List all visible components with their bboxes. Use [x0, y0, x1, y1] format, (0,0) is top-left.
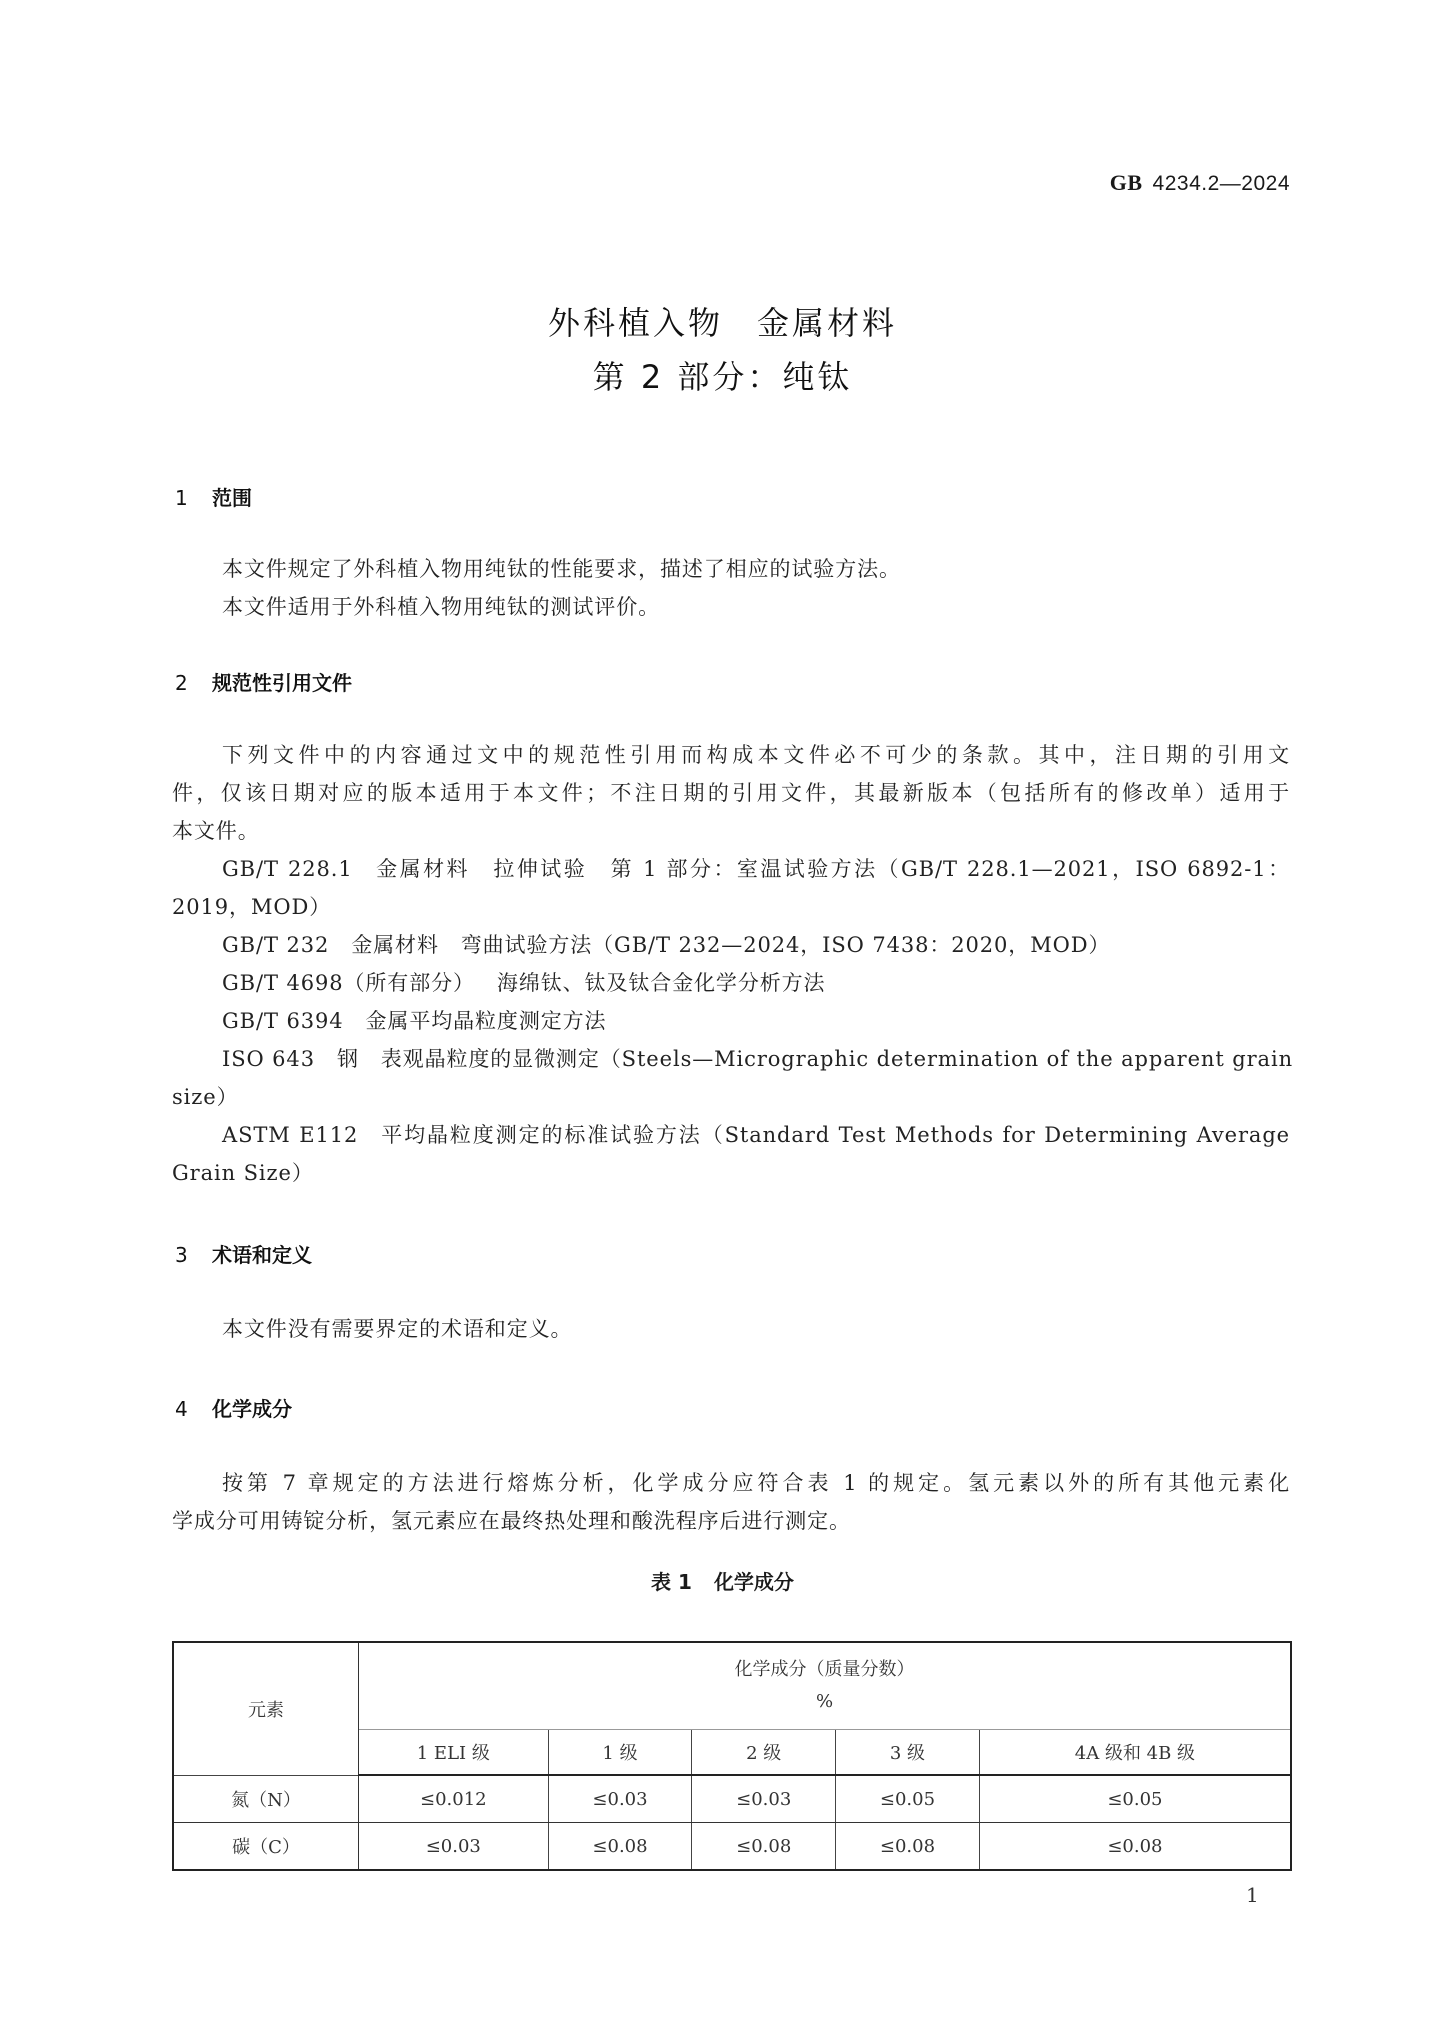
table-row: 氮（N） ≤0.012 ≤0.03 ≤0.03 ≤0.05 ≤0.05: [173, 1775, 1291, 1823]
document-title-line-1: 外科植入物金属材料: [0, 298, 1445, 344]
table-caption: 表 1化学成分: [0, 1566, 1445, 1595]
grade-header: 4A 级和 4B 级: [979, 1730, 1291, 1776]
value-cell: ≤0.05: [836, 1775, 980, 1823]
paragraph-line: 本文件适用于外科植入物用纯钛的测试评价。: [222, 595, 1290, 619]
element-cell: 碳（C）: [173, 1823, 359, 1871]
section-heading-1: 1范围: [175, 482, 252, 511]
reference-code: ASTM E112: [222, 1123, 358, 1147]
standard-code: GB4234.2—2024: [1110, 170, 1290, 196]
paragraph-line: 按第 7 章规定的方法进行熔炼分析，化学成分应符合表 1 的规定。氢元素以外的所…: [222, 1471, 1290, 1495]
section-heading-3: 3术语和定义: [175, 1239, 312, 1268]
grade-header: 1 级: [548, 1730, 692, 1776]
paragraph-line: 件，仅该日期对应的版本适用于本文件；不注日期的引用文件，其最新版本（包括所有的修…: [172, 781, 1290, 805]
value-cell: ≤0.03: [359, 1823, 549, 1871]
title-part-1: 外科植入物: [548, 304, 723, 342]
section-number: 1: [175, 486, 212, 510]
reference-continuation: size）: [172, 1085, 1290, 1109]
reference-title: 海绵钛、钛及钛合金化学分析方法: [497, 971, 826, 995]
section-title: 规范性引用文件: [212, 671, 352, 695]
value-cell: ≤0.03: [548, 1775, 692, 1823]
value-cell: ≤0.08: [836, 1823, 980, 1871]
section-title: 化学成分: [212, 1397, 292, 1421]
table-row: 碳（C） ≤0.03 ≤0.08 ≤0.08 ≤0.08 ≤0.08: [173, 1823, 1291, 1871]
value-cell: ≤0.03: [692, 1775, 836, 1823]
value-cell: ≤0.08: [692, 1823, 836, 1871]
section-number: 2: [175, 671, 212, 695]
title-part-2: 金属材料: [757, 304, 897, 342]
composition-group-header: 化学成分（质量分数） %: [359, 1642, 1292, 1730]
reference-code: GB/T 232: [222, 933, 329, 957]
value-cell: ≤0.08: [979, 1823, 1291, 1871]
reference-item: GB/T 232金属材料 弯曲试验方法（GB/T 232—2024，ISO 74…: [222, 933, 1290, 957]
table-label: 表 1: [651, 1570, 692, 1594]
element-header: 元素: [173, 1642, 359, 1775]
standard-prefix: GB: [1110, 170, 1143, 195]
reference-item: GB/T 228.1金属材料 拉伸试验 第 1 部分：室温试验方法（GB/T 2…: [222, 857, 1290, 881]
reference-title: 金属平均晶粒度测定方法: [366, 1009, 607, 1033]
element-cell: 氮（N）: [173, 1775, 359, 1823]
standard-number: 4234.2—2024: [1153, 172, 1290, 195]
reference-title: 平均晶粒度测定的标准试验方法（Standard Test Methods for…: [380, 1123, 1290, 1147]
paragraph-line: 本文件没有需要界定的术语和定义。: [222, 1317, 1290, 1341]
reference-item: GB/T 6394金属平均晶粒度测定方法: [222, 1009, 1290, 1033]
grade-header: 3 级: [836, 1730, 980, 1776]
paragraph-line: 本文件。: [172, 819, 1290, 843]
section-title: 术语和定义: [212, 1243, 312, 1267]
reference-title: 金属材料 弯曲试验方法（GB/T 232—2024，ISO 7438：2020，…: [351, 933, 1110, 957]
section-number: 3: [175, 1243, 212, 1267]
section-title: 范围: [212, 486, 252, 510]
reference-item: ASTM E112平均晶粒度测定的标准试验方法（Standard Test Me…: [222, 1123, 1290, 1147]
reference-code: GB/T 6394: [222, 1009, 344, 1033]
reference-item: ISO 643钢 表观晶粒度的显微测定（Steels—Micrographic …: [222, 1047, 1290, 1071]
reference-continuation: Grain Size）: [172, 1161, 1290, 1185]
composition-header-label: 化学成分（质量分数）: [359, 1654, 1290, 1686]
paragraph-line: 学成分可用铸锭分析，氢元素应在最终热处理和酸洗程序后进行测定。: [172, 1509, 1290, 1533]
paragraph-line: 本文件规定了外科植入物用纯钛的性能要求，描述了相应的试验方法。: [222, 557, 1290, 581]
section-heading-4: 4化学成分: [175, 1393, 292, 1422]
reference-title: 钢 表观晶粒度的显微测定（Steels—Micrographic determi…: [337, 1047, 1293, 1071]
grade-header: 1 ELI 级: [359, 1730, 549, 1776]
page-number: 1: [1246, 1883, 1259, 1907]
reference-code: ISO 643: [222, 1047, 315, 1071]
document-title-line-2: 第 2 部分：纯钛: [0, 352, 1445, 398]
value-cell: ≤0.05: [979, 1775, 1291, 1823]
reference-continuation: 2019，MOD）: [172, 895, 1290, 919]
section-heading-2: 2规范性引用文件: [175, 667, 352, 696]
reference-item: GB/T 4698（所有部分）海绵钛、钛及钛合金化学分析方法: [222, 971, 1290, 995]
reference-code: GB/T 228.1: [222, 857, 353, 881]
composition-unit: %: [359, 1686, 1290, 1718]
paragraph-line: 下列文件中的内容通过文中的规范性引用而构成本文件必不可少的条款。其中，注日期的引…: [222, 743, 1290, 767]
grade-header: 2 级: [692, 1730, 836, 1776]
value-cell: ≤0.012: [359, 1775, 549, 1823]
reference-title: 金属材料 拉伸试验 第 1 部分：室温试验方法（GB/T 228.1—2021，…: [375, 857, 1290, 881]
value-cell: ≤0.08: [548, 1823, 692, 1871]
reference-code: GB/T 4698（所有部分）: [222, 971, 475, 995]
section-number: 4: [175, 1397, 212, 1421]
table-title: 化学成分: [714, 1570, 794, 1594]
chemical-composition-table: 元素 化学成分（质量分数） % 1 ELI 级 1 级 2 级 3 级 4A 级…: [172, 1641, 1292, 1871]
